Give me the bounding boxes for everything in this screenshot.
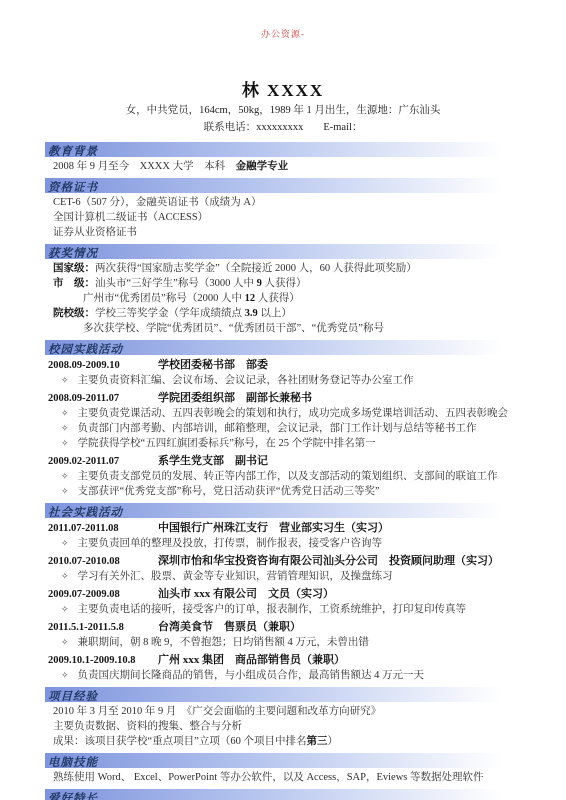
entry-title: 台湾美食节 售票员（兼职） xyxy=(158,621,301,633)
resume-page: 办公资源- 林 XXXX 女，中共党员，164cm，50kg，1989 年 1 … xyxy=(0,0,566,800)
experience-entry-heading: 2011.5.1-2011.5.8台湾美食节 售票员（兼职） xyxy=(45,620,521,635)
text-segment: 12 xyxy=(245,293,256,304)
bullet-diamond-icon: ✧ xyxy=(61,569,69,584)
text-segment: 证券从业资格证书 xyxy=(53,227,137,238)
text-segment: 两次获得“国家励志奖学金”（全院接近 2000 人，60 人获得此项奖励） xyxy=(95,263,417,274)
section-title: 项目经验 xyxy=(45,690,98,705)
bullet-text: 负责国庆期间长隆商品的销售，与小组成员合作，最高销售额达 4 万元一天 xyxy=(78,670,425,681)
candidate-name: 林 XXXX xyxy=(0,0,566,101)
bullet-diamond-icon: ✧ xyxy=(61,484,69,499)
contact-line: 联系电话：xxxxxxxxxE-mail： xyxy=(0,121,566,135)
resume-section: 获奖情况国家级：两次获得“国家励志奖学金”（全院接近 2000 人，60 人获得… xyxy=(45,244,521,336)
resume-section: 爱好特长 xyxy=(45,789,521,800)
text-segment: 3.9 xyxy=(245,308,258,319)
text-segment: ） xyxy=(327,736,338,747)
experience-entry-heading: 2008.09-2011.07学院团委组织部 副部长兼秘书 xyxy=(45,391,521,406)
text-line: 2010 年 3 月至 2010 年 9 月 《广交会面临的主要问题和改革方向研… xyxy=(45,704,521,719)
entry-title: 学院团委组织部 副部长兼秘书 xyxy=(158,392,312,404)
text-line: 全国计算机二级证书（ACCESS） xyxy=(45,210,521,225)
bullet-line: ✧负责国庆期间长隆商品的销售，与小组成员合作，最高销售额达 4 万元一天 xyxy=(45,668,521,683)
section-header-bar: 校园实践活动 xyxy=(45,340,521,355)
bullet-line: ✧学院获得学校“五四红旗团委标兵”称号，在 25 个学院中排名第一 xyxy=(45,436,521,451)
bullet-line: ✧兼职期间，朝 8 晚 9，不曾抱怨；日均销售额 4 万元，未曾出错 xyxy=(45,635,521,650)
text-segment: 国家级： xyxy=(53,263,95,274)
entry-title: 深圳市怡和华宝投资咨询有限公司汕头分公司 投资顾问助理（实习） xyxy=(158,555,499,567)
experience-entry-heading: 2010.07-2010.08深圳市怡和华宝投资咨询有限公司汕头分公司 投资顾问… xyxy=(45,554,521,569)
bullet-diamond-icon: ✧ xyxy=(61,635,69,650)
bullet-diamond-icon: ✧ xyxy=(61,421,69,436)
bullet-text: 主要负责支部党员的发展、转正等内部工作，以及支部活动的策划组织、支部间的联谊工作 xyxy=(78,471,498,482)
resume-section: 校园实践活动2008.09-2009.10学校团委秘书部 部委✧主要负责资料汇编… xyxy=(45,340,521,499)
section-header-bar: 社会实践活动 xyxy=(45,503,521,518)
experience-entry-heading: 2011.07-2011.08中国银行广州珠江支行 营业部实习生（实习） xyxy=(45,521,521,536)
text-segment: 主要负责数据、资料的搜集、整合与分析 xyxy=(53,721,242,732)
text-segment: CET-6（507 分），金融英语证书（成绩为 A） xyxy=(53,197,261,208)
text-segment: 2010 年 3 月至 2010 年 9 月 《广交会面临的主要问题和改革方向研… xyxy=(53,706,381,717)
entry-date: 2008.09-2011.07 xyxy=(48,391,158,406)
resume-section: 电脑技能熟练使用 Word、 Excel、PowerPoint 等办公软件，以及… xyxy=(45,753,521,785)
bullet-diamond-icon: ✧ xyxy=(61,406,69,421)
section-header-bar: 获奖情况 xyxy=(45,244,521,259)
experience-entry-heading: 2008.09-2009.10学校团委秘书部 部委 xyxy=(45,358,521,373)
section-title: 获奖情况 xyxy=(45,247,98,262)
entry-title: 中国银行广州珠江支行 营业部实习生（实习） xyxy=(158,522,389,534)
entry-date: 2010.07-2010.08 xyxy=(48,554,158,569)
text-segment: 以上） xyxy=(258,308,292,319)
entry-date: 2008.09-2009.10 xyxy=(48,358,158,373)
text-line: 国家级：两次获得“国家励志奖学金”（全院接近 2000 人，60 人获得此项奖励… xyxy=(45,261,521,276)
bullet-diamond-icon: ✧ xyxy=(61,469,69,484)
text-line: 证券从业资格证书 xyxy=(45,225,521,240)
text-line: 多次获学校、学院“优秀团员”、“优秀团员干部”、“优秀党员”称号 xyxy=(45,321,521,336)
text-segment: 金融学专业 xyxy=(236,161,289,172)
section-title: 资格证书 xyxy=(45,181,98,196)
text-line: 成果：该项目获学校“重点项目”立项（60 个项目中排名第三） xyxy=(45,734,521,749)
text-line: 院校级：学校三等奖学金（学年成绩绩点 3.9 以上） xyxy=(45,306,521,321)
section-header-bar: 资格证书 xyxy=(45,178,521,193)
section-title: 校园实践活动 xyxy=(45,343,123,358)
section-header-bar: 电脑技能 xyxy=(45,753,521,768)
bullet-text: 兼职期间，朝 8 晚 9，不曾抱怨；日均销售额 4 万元，未曾出错 xyxy=(78,637,369,648)
bullet-text: 主要负责党课活动、五四表彰晚会的策划和执行，成功完成多场党课培训活动、五四表彰晚… xyxy=(78,408,509,419)
text-segment: 人获得） xyxy=(255,293,300,304)
watermark-text: 办公资源- xyxy=(0,27,566,40)
text-line: 广州市“优秀团员”称号（2000 人中 12 人获得） xyxy=(45,291,521,306)
section-title: 爱好特长 xyxy=(45,792,98,800)
text-line: 市 级：汕头市“三好学生”称号（3000 人中 9 人获得） xyxy=(45,276,521,291)
bullet-line: ✧学习有关外汇、股票、黄金等专业知识，营销管理知识，及操盘练习 xyxy=(45,569,521,584)
entry-date: 2011.5.1-2011.5.8 xyxy=(48,620,158,635)
phone-label: 联系电话： xyxy=(204,122,257,133)
phone-value: xxxxxxxxx xyxy=(256,122,303,133)
text-segment: 人获得） xyxy=(262,278,307,289)
text-line: 2008 年 9 月至今 XXXX 大学 本科 金融学专业 xyxy=(45,159,521,174)
entry-date: 2011.07-2011.08 xyxy=(48,521,158,536)
resume-sections: 教育背景2008 年 9 月至今 XXXX 大学 本科 金融学专业资格证书CET… xyxy=(45,142,521,800)
bullet-text: 学院获得学校“五四红旗团委标兵”称号，在 25 个学院中排名第一 xyxy=(78,438,376,449)
resume-section: 资格证书CET-6（507 分），金融英语证书（成绩为 A）全国计算机二级证书（… xyxy=(45,178,521,240)
bullet-text: 主要负责回单的整理及投放，打传票，制作报表，接受客户咨询等 xyxy=(78,538,383,549)
resume-section: 社会实践活动2011.07-2011.08中国银行广州珠江支行 营业部实习生（实… xyxy=(45,503,521,683)
experience-entry-heading: 2009.02-2011.07系学生党支部 副书记 xyxy=(45,454,521,469)
section-title: 教育背景 xyxy=(45,145,98,160)
bullet-diamond-icon: ✧ xyxy=(61,602,69,617)
bullet-text: 负责部门内部考勤、内部培训，邮箱整理，会议记录，部门工作计划与总结等秘书工作 xyxy=(78,423,477,434)
entry-date: 2009.10.1-2009.10.8 xyxy=(48,653,158,668)
bullet-line: ✧主要负责支部党员的发展、转正等内部工作，以及支部活动的策划组织、支部间的联谊工… xyxy=(45,469,521,484)
bullet-line: ✧主要负责回单的整理及投放，打传票，制作报表，接受客户咨询等 xyxy=(45,536,521,551)
text-segment: 熟练使用 Word、 Excel、PowerPoint 等办公软件，以及 Acc… xyxy=(53,772,484,783)
experience-entry-heading: 2009.10.1-2009.10.8广州 xxx 集团 商品部销售员（兼职） xyxy=(45,653,521,668)
bullet-text: 主要负责资料汇编、会议布场、会议记录，各社团财务登记等办公室工作 xyxy=(78,375,414,386)
bullet-line: ✧主要负责资料汇编、会议布场、会议记录，各社团财务登记等办公室工作 xyxy=(45,373,521,388)
bullet-text: 支部获评“优秀党支部”称号，党日活动获评“优秀党日活动三等奖” xyxy=(78,486,380,497)
text-segment: 汕头市“三好学生”称号（3000 人中 xyxy=(95,278,257,289)
bullet-diamond-icon: ✧ xyxy=(61,436,69,451)
section-title: 社会实践活动 xyxy=(45,506,123,521)
text-segment: 第三 xyxy=(306,736,327,747)
bullet-line: ✧负责部门内部考勤、内部培训，邮箱整理，会议记录，部门工作计划与总结等秘书工作 xyxy=(45,421,521,436)
text-segment: 成果：该项目获学校“重点项目”立项（60 个项目中排名 xyxy=(53,736,306,747)
text-segment: 广州市“优秀团员”称号（2000 人中 xyxy=(83,293,245,304)
bullet-diamond-icon: ✧ xyxy=(61,373,69,388)
experience-entry-heading: 2009.07-2009.08汕头市 xxx 有限公司 文员（实习） xyxy=(45,587,521,602)
section-header-bar: 项目经验 xyxy=(45,687,521,702)
bullet-diamond-icon: ✧ xyxy=(61,536,69,551)
bullet-line: ✧主要负责党课活动、五四表彰晚会的策划和执行，成功完成多场党课培训活动、五四表彰… xyxy=(45,406,521,421)
text-segment: 学校三等奖学金（学年成绩绩点 xyxy=(95,308,245,319)
text-segment: 全国计算机二级证书（ACCESS） xyxy=(53,212,208,223)
text-segment: 2008 年 9 月至今 XXXX 大学 本科 xyxy=(53,161,236,172)
section-header-bar: 教育背景 xyxy=(45,142,521,157)
section-header-bar: 爱好特长 xyxy=(45,789,521,800)
entry-title: 学校团委秘书部 部委 xyxy=(158,359,268,371)
resume-section: 教育背景2008 年 9 月至今 XXXX 大学 本科 金融学专业 xyxy=(45,142,521,174)
email-label: E-mail： xyxy=(323,122,362,133)
bullet-text: 学习有关外汇、股票、黄金等专业知识，营销管理知识，及操盘练习 xyxy=(78,571,393,582)
section-title: 电脑技能 xyxy=(45,756,98,771)
bullet-line: ✧支部获评“优秀党支部”称号，党日活动获评“优秀党日活动三等奖” xyxy=(45,484,521,499)
entry-date: 2009.07-2009.08 xyxy=(48,587,158,602)
bullet-diamond-icon: ✧ xyxy=(61,668,69,683)
bullet-line: ✧主要负责电话的接听，接受客户的订单，报表制作，工资系统维护，打印复印传真等 xyxy=(45,602,521,617)
text-line: 主要负责数据、资料的搜集、整合与分析 xyxy=(45,719,521,734)
text-line: CET-6（507 分），金融英语证书（成绩为 A） xyxy=(45,195,521,210)
entry-title: 广州 xxx 集团 商品部销售员（兼职） xyxy=(158,654,345,666)
resume-section: 项目经验2010 年 3 月至 2010 年 9 月 《广交会面临的主要问题和改… xyxy=(45,687,521,749)
text-segment: 多次获学校、学院“优秀团员”、“优秀团员干部”、“优秀党员”称号 xyxy=(83,323,384,334)
entry-title: 汕头市 xxx 有限公司 文员（实习） xyxy=(158,588,334,600)
personal-info-line: 女，中共党员，164cm，50kg，1989 年 1 月出生，生源地：广东汕头 xyxy=(0,104,566,118)
entry-date: 2009.02-2011.07 xyxy=(48,454,158,469)
text-segment: 院校级： xyxy=(53,308,95,319)
bullet-text: 主要负责电话的接听，接受客户的订单，报表制作，工资系统维护，打印复印传真等 xyxy=(78,604,467,615)
entry-title: 系学生党支部 副书记 xyxy=(158,455,268,467)
text-line: 熟练使用 Word、 Excel、PowerPoint 等办公软件，以及 Acc… xyxy=(45,770,521,785)
text-segment: 市 级： xyxy=(53,278,95,289)
